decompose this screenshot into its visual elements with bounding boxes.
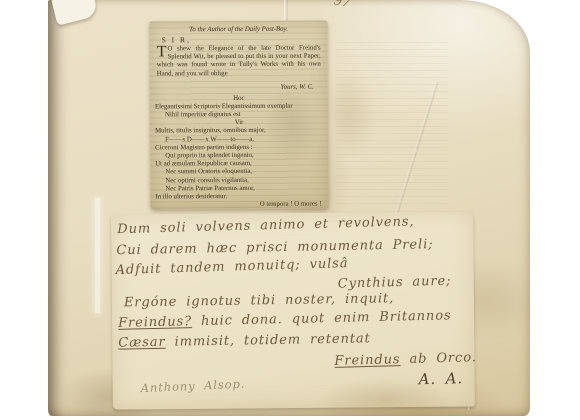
- printed-clipping: To the Author of the Daily Post-Boy. S I…: [150, 21, 329, 210]
- handwritten-line: Freindus ab Orco.: [334, 350, 477, 369]
- underlined-word: Cæsar: [118, 335, 166, 351]
- handwritten-line: Ergóne ignotus tibi noster, inquit,: [124, 291, 394, 310]
- clipping-signoff: Yours, W. C.: [155, 82, 314, 92]
- handwritten-note: Dum soli volvens animo et revolvens, Cui…: [111, 211, 475, 409]
- underlined-word: Freindus?: [118, 314, 192, 331]
- scanned-page-frame: 97 To the Author of the Daily Post-Boy. …: [0, 0, 580, 420]
- handwritten-line: Cui darem hæc prisci monumenta Preli;: [116, 237, 433, 258]
- latin-line: O tempora ! O mores !: [155, 201, 323, 210]
- line-rest: immisit, totidem retentat: [165, 331, 370, 350]
- line-rest: huic dona. quot enim Britannos: [192, 308, 452, 329]
- clipping-body: TO shew the Elegance of the late Doctor …: [157, 45, 321, 79]
- clipping-address-line: To the Author of the Daily Post-Boy.: [155, 25, 323, 35]
- handwritten-line: Cynthius aure;: [338, 274, 452, 292]
- clipping-salutation: S I R,: [162, 35, 323, 45]
- handwritten-line: Adfuit tandem monuitq; vulsâ: [115, 256, 348, 278]
- paper-crease: [95, 198, 100, 313]
- handwritten-line: Freindus? huic dona. quot enim Britannos: [118, 308, 452, 331]
- manuscript-page: 97 To the Author of the Daily Post-Boy. …: [48, 0, 530, 416]
- handwritten-line: Cæsar immisit, totidem retentat: [118, 331, 371, 350]
- torn-corner-flap: [51, 0, 98, 26]
- bleed-through-text: [336, 42, 448, 207]
- folio-number: 97: [332, 0, 352, 13]
- attribution-signature: Anthony Alsop.: [140, 377, 245, 396]
- initials-signature: A. A.: [418, 369, 463, 388]
- line-rest: ab Orco.: [400, 350, 477, 367]
- handwritten-line: Dum soli volvens animo et revolvens,: [117, 214, 415, 237]
- drop-cap: T: [157, 45, 167, 58]
- underlined-word: Freindus: [334, 352, 400, 369]
- clipping-body-text: O shew the Elegance of the late Doctor F…: [157, 45, 321, 77]
